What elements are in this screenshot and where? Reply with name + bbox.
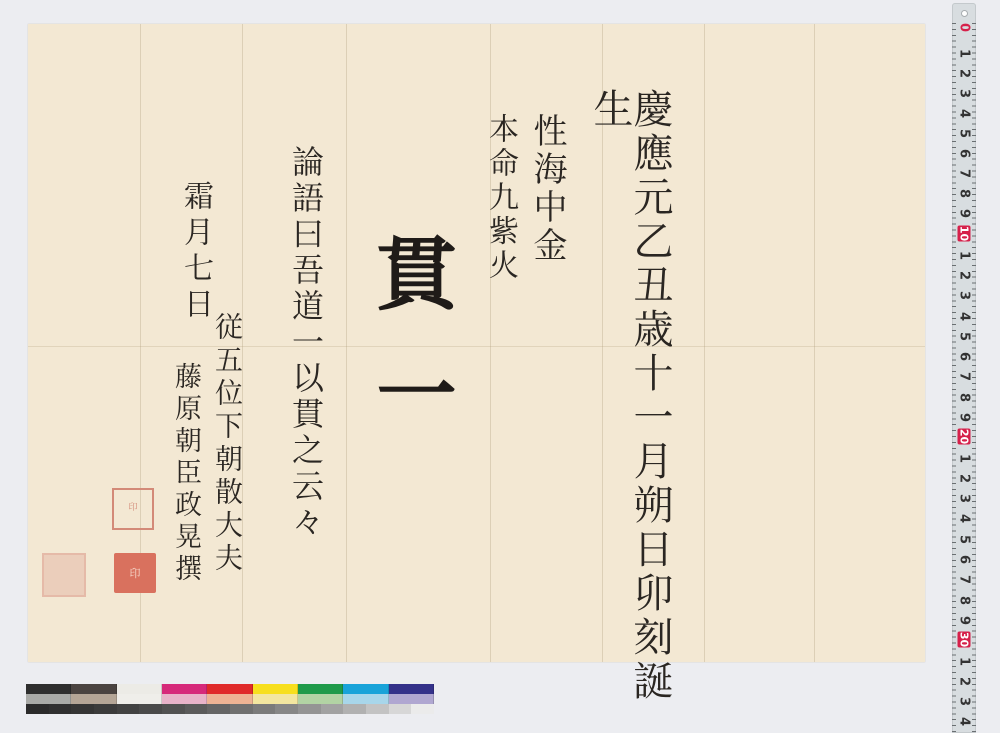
gray-swatch [389,704,412,714]
ruler-label: 3 [957,86,972,102]
ruler-label: 8 [957,186,972,202]
fold-line [28,346,925,347]
color-swatch [298,694,343,704]
ruler-label: 2 [957,471,972,487]
issue-date: 霜月七日 [180,180,210,324]
gray-swatch [366,704,389,714]
ruler-label: 9 [957,410,972,426]
ruler-label: 6 [957,552,972,568]
ruler-label: 7 [957,369,972,385]
ruler-label: 1 [957,46,972,62]
color-swatch [343,694,388,704]
ruler-label: 3 [957,288,972,304]
gray-swatch [49,704,72,714]
natal-star-line: 本命九紫火 [485,113,515,283]
gray-swatch [411,704,434,714]
gray-swatch [117,704,140,714]
color-swatch [389,694,434,704]
color-swatch [71,684,116,694]
color-swatch [253,694,298,704]
gray-swatch [139,704,162,714]
ruler-hole-icon [961,10,968,17]
gray-swatch [343,704,366,714]
gray-swatch [253,704,276,714]
ruler-label: 4 [957,714,972,730]
measurement-ruler: 01234567891012345678920123456789301234 [952,3,976,733]
color-swatch [71,694,116,704]
element-line: 性海中金 [530,113,564,265]
gray-swatch [71,704,94,714]
ruler-label: 9 [957,206,972,222]
ruler-label: 5 [957,126,972,142]
gray-swatch [321,704,344,714]
ruler-label: 10 [958,226,971,242]
color-swatch [117,684,162,694]
color-swatch [298,684,343,694]
solid-seal-stamp: 印 [114,553,156,593]
outline-seal-stamp: 印 [112,488,154,530]
fold-line [704,24,705,662]
ruler-label: 9 [957,613,972,629]
birth-date-line: 慶應元乙丑歳十一月朔日卯刻誕生 [590,88,670,733]
ruler-label: 8 [957,593,972,609]
color-checker-saturated-row [26,684,434,694]
color-swatch [162,694,207,704]
ruler-label: 3 [957,694,972,710]
ruler-label: 1 [957,248,972,264]
color-swatch [117,694,162,704]
ruler-label: 1 [957,654,972,670]
ruler-label: 7 [957,572,972,588]
gray-swatch [230,704,253,714]
ruler-label: 3 [957,491,972,507]
gray-swatch [162,704,185,714]
ruler-label: 20 [958,429,971,445]
analects-quote: 論語曰吾道一以貫之云々 [290,145,322,541]
color-swatch [26,694,71,704]
gray-swatch [94,704,117,714]
ruler-label: 8 [957,390,972,406]
gray-swatch [298,704,321,714]
color-swatch [207,694,252,704]
color-swatch [162,684,207,694]
fold-line [346,24,347,662]
ruler-label: 0 [957,20,972,36]
ruler-label: 5 [957,532,972,548]
ruler-label: 2 [957,674,972,690]
color-calibration-chart [26,684,434,714]
gray-swatch [207,704,230,714]
document-paper [28,24,925,662]
ruler-label: 6 [957,349,972,365]
ruler-label: 4 [957,511,972,527]
gray-scale-row [26,704,434,714]
ruler-label: 4 [957,106,972,122]
ruler-label: 7 [957,166,972,182]
ruler-label: 30 [958,632,971,648]
gray-swatch [26,704,49,714]
author-signature: 藤原朝臣政晃撰 [172,362,199,586]
ruler-label: 4 [957,309,972,325]
given-name-title: 貫一 [370,232,450,472]
color-swatch [26,684,71,694]
ruler-label: 6 [957,146,972,162]
faded-seal-stamp [42,553,86,597]
seal-glyph: 印 [130,565,141,581]
color-checker-tint-row [26,694,434,704]
color-swatch [343,684,388,694]
ruler-label: 2 [957,66,972,82]
color-swatch [253,684,298,694]
author-rank: 従五位下朝散大夫 [213,312,241,576]
gray-swatch [275,704,298,714]
ruler-label: 5 [957,329,972,345]
fold-line [814,24,815,662]
seal-glyph: 印 [128,504,137,513]
color-swatch [207,684,252,694]
ruler-label: 1 [957,451,972,467]
gray-swatch [185,704,208,714]
color-swatch [389,684,434,694]
ruler-label: 2 [957,268,972,284]
